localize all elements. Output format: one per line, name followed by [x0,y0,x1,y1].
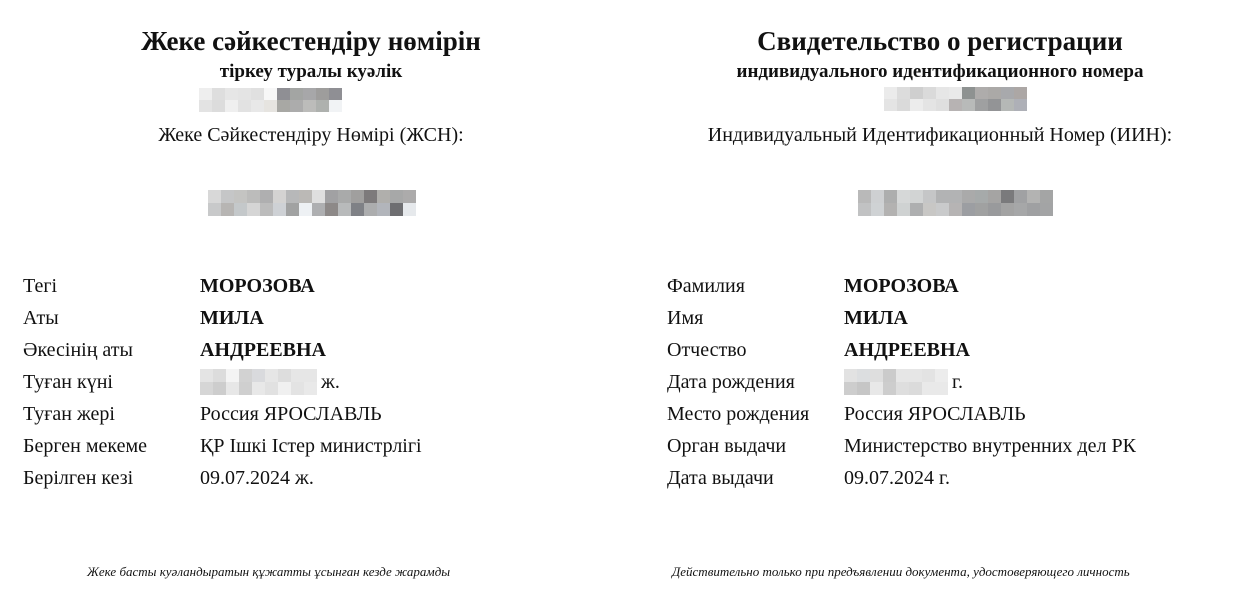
field-label: Берген мекеме [23,435,200,458]
field-label: Тегі [23,275,200,298]
field-value: МОРОЗОВА [200,275,315,298]
field-row: ФамилияМОРОЗОВА [667,270,1136,302]
field-label: Әкесінің аты [23,339,200,362]
field-row: Берген мекемеҚР Ішкі Істер министрлігі [23,430,422,462]
field-value: Россия ЯРОСЛАВЛЬ [200,403,382,426]
field-label: Имя [667,307,844,330]
id-number-label: Индивидуальный Идентификационный Номер (… [625,122,1255,148]
field-row: Место рожденияРоссия ЯРОСЛАВЛЬ [667,398,1136,430]
redacted-id-number [208,190,416,216]
field-label: Отчество [667,339,844,362]
field-value: Россия ЯРОСЛАВЛЬ [844,403,1026,426]
field-row: ОтчествоАНДРЕЕВНА [667,334,1136,366]
field-label: Туған күні [23,371,200,394]
field-value: МИЛА [200,307,264,330]
field-row: ТегіМОРОЗОВА [23,270,422,302]
field-row: Туған жеріРоссия ЯРОСЛАВЛЬ [23,398,422,430]
certificate-subtitle: индивидуального идентификационного номер… [625,60,1255,84]
field-label: Берілген кезі [23,467,200,490]
validity-note: Действительно только при предъявлении до… [672,563,1130,581]
field-label: Фамилия [667,275,844,298]
fields-table: ТегіМОРОЗОВААтыМИЛАӘкесінің атыАНДРЕЕВНА… [23,270,422,494]
field-row: Берілген кезі09.07.2024 ж. [23,462,422,494]
field-value: Министерство внутренних дел РК [844,435,1136,458]
field-label: Аты [23,307,200,330]
certificate-russian: Свидетельство о регистрации индивидуальн… [630,0,1260,612]
field-label: Место рождения [667,403,844,426]
field-label: Дата выдачи [667,467,844,490]
field-label: Туған жері [23,403,200,426]
certificate-title: Свидетельство о регистрации [625,24,1255,58]
date-suffix: ж. [321,371,340,394]
field-value: МИЛА [844,307,908,330]
field-value: 09.07.2024 г. [844,467,950,490]
certificate-kazakh: Жеке сәйкестендіру нөмірін тіркеу туралы… [0,0,630,612]
field-row: Туған күніж. [23,366,422,398]
field-value: АНДРЕЕВНА [200,339,326,362]
field-value: г. [844,369,963,395]
redacted-serial [199,88,342,112]
date-suffix: г. [952,371,963,394]
validity-note: Жеке басты куәландыратын құжатты ұсынған… [87,563,450,581]
field-row: АтыМИЛА [23,302,422,334]
id-number-label: Жеке Сәйкестендіру Нөмірі (ЖСН): [0,122,626,148]
field-label: Дата рождения [667,371,844,394]
field-value: 09.07.2024 ж. [200,467,314,490]
field-row: Дата выдачи09.07.2024 г. [667,462,1136,494]
field-label: Орган выдачи [667,435,844,458]
redacted-date [200,369,317,395]
field-value: ж. [200,369,340,395]
certificate-subtitle: тіркеу туралы куәлік [0,60,626,84]
redacted-id-number [858,190,1053,216]
redacted-serial [884,87,1027,111]
field-row: ИмяМИЛА [667,302,1136,334]
field-value: МОРОЗОВА [844,275,959,298]
field-row: Дата рожденияг. [667,366,1136,398]
field-row: Орган выдачиМинистерство внутренних дел … [667,430,1136,462]
field-row: Әкесінің атыАНДРЕЕВНА [23,334,422,366]
certificate-title: Жеке сәйкестендіру нөмірін [0,24,626,58]
field-value: АНДРЕЕВНА [844,339,970,362]
fields-table: ФамилияМОРОЗОВАИмяМИЛАОтчествоАНДРЕЕВНАД… [667,270,1136,494]
field-value: ҚР Ішкі Істер министрлігі [200,435,422,458]
redacted-date [844,369,948,395]
